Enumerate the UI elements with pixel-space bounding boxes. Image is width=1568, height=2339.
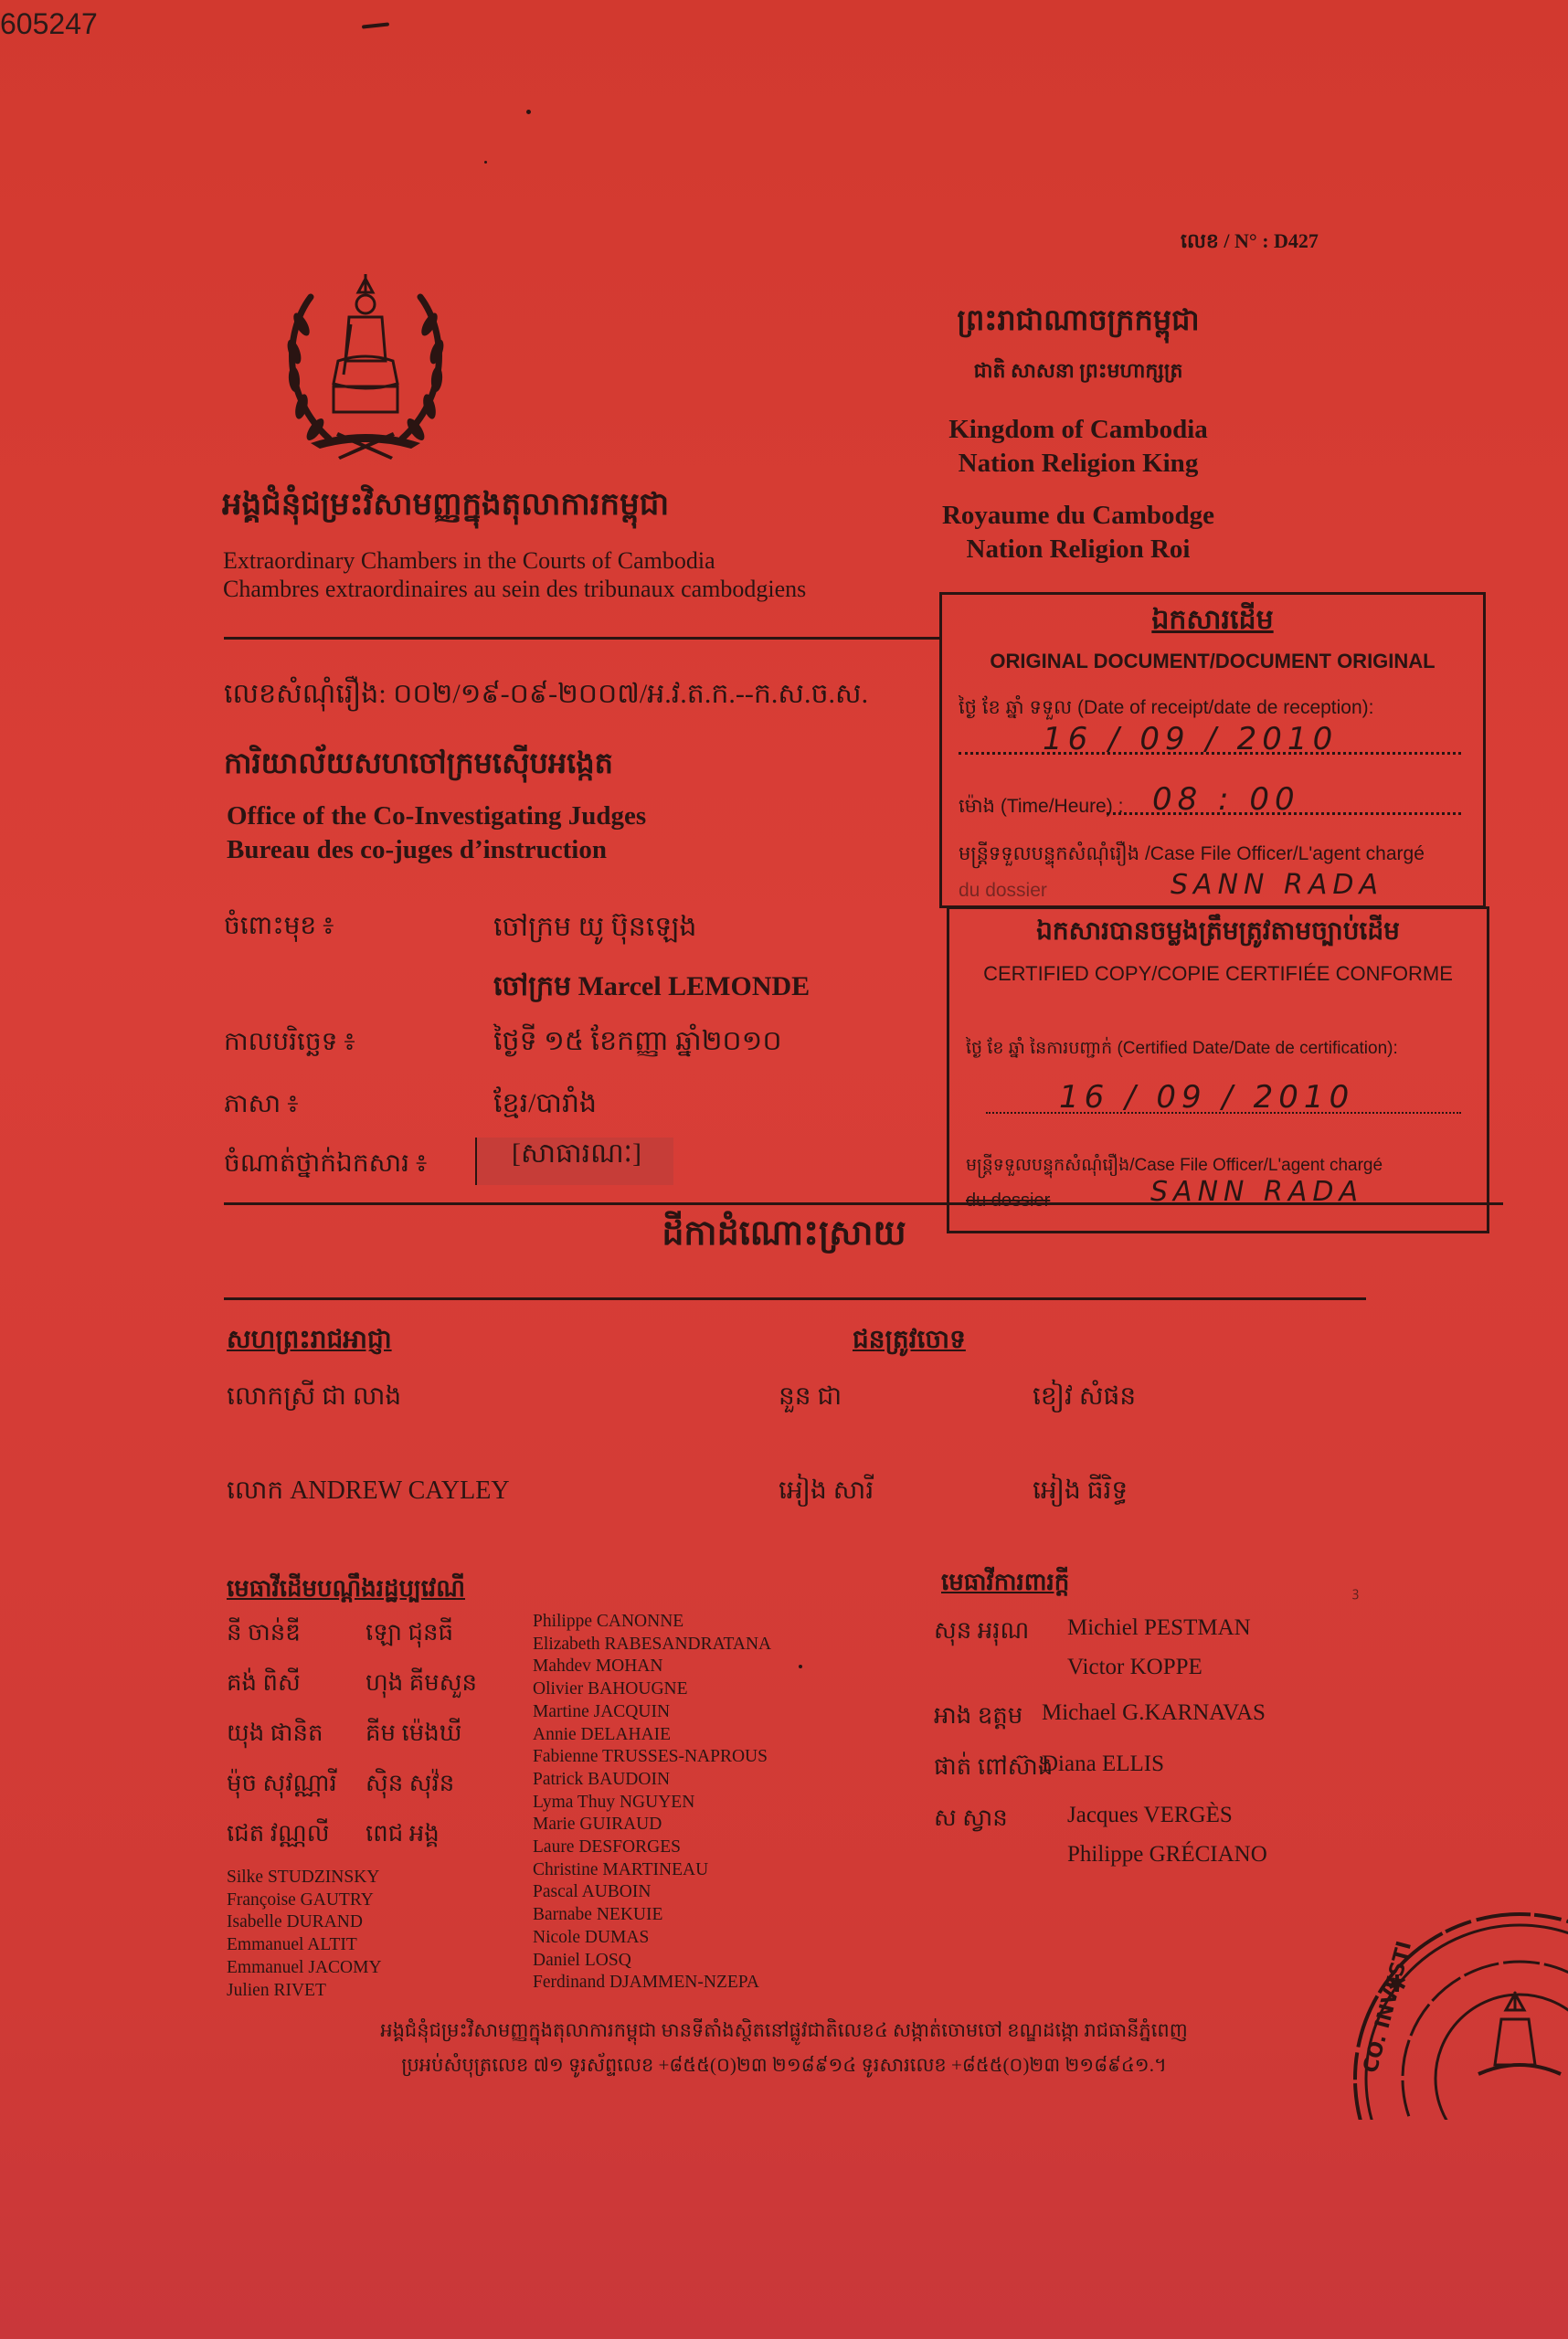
civil-party-lawyer: Emmanuel ALTIT xyxy=(227,1934,382,1957)
stamp-certified-title: CERTIFIED COPY/COPIE CERTIFIÉE CONFORME xyxy=(949,962,1487,986)
co-prosecutor: លោក ANDREW CAYLEY xyxy=(227,1474,510,1511)
civil-party-lawyer: Pascal AUBOIN xyxy=(533,1881,771,1904)
certified-copy-stamp: ឯកសារបានចម្លងត្រឹមត្រូវតាមច្បាប់ដើម CERT… xyxy=(947,906,1489,1233)
office-names: Office of the Co-Investigating Judges Bu… xyxy=(227,799,646,867)
civil-party-lawyer-khmer: ពេជ អង្គ xyxy=(366,1818,440,1853)
civil-party-lawyer: Isabelle DURAND xyxy=(227,1911,382,1934)
before-label: ចំពោះមុខ ៖ xyxy=(224,909,334,947)
kingdom-english-line2: Nation Religion King xyxy=(914,447,1243,481)
before-judge-2: ចៅក្រម Marcel LEMONDE xyxy=(493,968,810,1009)
civil-party-lawyer-khmer: ជេត វណ្ណលី xyxy=(227,1818,330,1853)
document-number: លេខ / N° : D427 xyxy=(1181,228,1319,258)
charged-person: អៀង ធីរិទ្ធ xyxy=(1033,1474,1128,1511)
stamp-original-officer-label: មន្ត្រីទទួលបន្ទុកសំណុំរឿង /Case File Off… xyxy=(959,841,1425,870)
stamp-certified-officer-value: SANN RADA xyxy=(1150,1176,1363,1208)
scan-mark xyxy=(362,22,389,28)
civil-party-lawyers-heading: មេធាវីដើមបណ្តឹងរដ្ឋប្បវេណី xyxy=(227,1573,465,1608)
scan-speck xyxy=(526,110,531,114)
civil-party-lawyer-khmer: គីម ម៉េងឃី xyxy=(366,1718,462,1752)
civil-party-lawyer-khmer: នី ចាន់ឌី xyxy=(227,1617,301,1652)
stamp-original-time-value: 08 : 00 xyxy=(1152,781,1300,818)
office-khmer: ការិយាល័យសហចៅក្រមស៊ើបអង្កេត xyxy=(224,745,613,788)
eccc-emblem-icon xyxy=(274,270,457,461)
stamp-certified-date-value: 16 / 09 / 2010 xyxy=(1059,1079,1354,1116)
civil-party-lawyer: Barnabe NEKUIE xyxy=(533,1904,771,1927)
kingdom-french: Royaume du Cambodge Nation Religion Roi xyxy=(914,499,1243,566)
stamp-original-officer-value: SANN RADA xyxy=(1171,869,1383,901)
institution-khmer: អង្គជំនុំជម្រះវិសាមញ្ញក្នុងតុលាការកម្ពុជ… xyxy=(222,484,669,530)
case-number: លេខសំណុំរឿង: ០០២/១៩-០៩-២០០៧/អ.វ.ត.ក.--ក.… xyxy=(224,676,868,716)
defence-lawyer: Victor KOPPE xyxy=(1067,1655,1202,1680)
charged-person: ខៀវ សំផន xyxy=(1033,1380,1136,1417)
stamp-certified-title-khmer: ឯកសារបានចម្លងត្រឹមត្រូវតាមច្បាប់ដើម xyxy=(949,915,1487,952)
date-label: កាលបរិច្ឆេទ ៖ xyxy=(224,1025,355,1063)
kingdom-motto-khmer: ជាតិ សាសនា ព្រះមហាក្សត្រ xyxy=(914,358,1243,387)
office-french: Bureau des co-juges d’instruction xyxy=(227,833,646,867)
kingdom-french-line2: Nation Religion Roi xyxy=(914,533,1243,566)
charged-person: នួន ជា xyxy=(779,1380,842,1417)
stamp-original-officer-label-2: du dossier xyxy=(959,880,1047,902)
civil-party-lawyers-right-list: Philippe CANONNEElizabeth RABESANDRATANA… xyxy=(533,1611,771,1995)
defence-lawyer-khmer: អាង ឧត្តម xyxy=(934,1700,1022,1735)
institution-names: Extraordinary Chambers in the Courts of … xyxy=(223,546,806,603)
civil-party-lawyer-khmer: យុង ផានិត xyxy=(227,1718,323,1752)
civil-party-lawyer: Nicole DUMAS xyxy=(533,1927,771,1950)
defence-lawyer-khmer: ផាត់ ពៅស៊ាង xyxy=(934,1752,1053,1786)
civil-party-lawyer: Patrick BAUDOIN xyxy=(533,1769,771,1792)
institution-french: Chambres extraordinaires au sein des tri… xyxy=(223,575,806,603)
language-label: ភាសា ៖ xyxy=(224,1087,299,1125)
civil-party-lawyer: Annie DELAHAIE xyxy=(533,1724,771,1747)
civil-party-lawyer-khmer: ម៉ុច សុវណ្ណារី xyxy=(227,1768,337,1803)
kingdom-english: Kingdom of Cambodia Nation Religion King xyxy=(914,413,1243,481)
defence-lawyer-khmer: សុន អរុណ xyxy=(934,1615,1029,1650)
margin-mark: ꝫ xyxy=(1352,1583,1359,1601)
seal-text: CO. INVESTI xyxy=(1360,1939,1416,2076)
civil-party-lawyer: Christine MARTINEAU xyxy=(533,1859,771,1882)
stamp-original-title: ORIGINAL DOCUMENT/DOCUMENT ORIGINAL xyxy=(942,650,1483,673)
defence-lawyer: Diana ELLIS xyxy=(1042,1752,1164,1777)
classification-label: ចំណាត់ថ្នាក់ឯកសារ ៖ xyxy=(224,1147,427,1184)
civil-party-lawyer: Mahdev MOHAN xyxy=(533,1656,771,1678)
civil-party-lawyer: Marie GUIRAUD xyxy=(533,1814,771,1836)
kingdom-french-line1: Royaume du Cambodge xyxy=(914,499,1243,533)
defence-lawyer: Jacques VERGÈS xyxy=(1067,1803,1233,1828)
co-prosecutor: លោកស្រី ជា លាង xyxy=(227,1380,401,1417)
stamp-certified-officer-label-2: du dossier xyxy=(966,1191,1050,1212)
document-title: ដីកាដំណោះស្រាយ xyxy=(0,1211,1568,1262)
stamp-original-date-value: 16 / 09 / 2010 xyxy=(1043,721,1338,757)
civil-party-lawyer: Lyma Thuy NGUYEN xyxy=(533,1792,771,1815)
kingdom-english-line1: Kingdom of Cambodia xyxy=(914,413,1243,447)
civil-party-lawyer: Ferdinand DJAMMEN-NZEPA xyxy=(533,1972,771,1995)
stamp-original-time-label: ម៉ោង (Time/Heure) : xyxy=(959,794,1123,822)
civil-party-lawyer: Martine JACQUIN xyxy=(533,1701,771,1724)
language-value: ខ្មែរ/បារាំង xyxy=(493,1085,597,1126)
header-divider xyxy=(224,637,941,640)
civil-party-lawyer: Françoise GAUTRY xyxy=(227,1889,382,1912)
civil-party-lawyer: Fabienne TRUSSES-NAPROUS xyxy=(533,1746,771,1769)
co-investigating-judges-seal-icon: CO. INVESTI ✱ ✱ xyxy=(1332,1891,1568,2120)
scan-speck xyxy=(484,161,487,164)
civil-party-lawyer-khmer: ស៊ិន សុវ៉ន xyxy=(366,1768,454,1803)
original-document-stamp: ឯកសារដើម ORIGINAL DOCUMENT/DOCUMENT ORIG… xyxy=(939,592,1486,908)
civil-party-lawyer-khmer: ឡោ ជុនធី xyxy=(366,1617,453,1652)
defence-lawyer: Philippe GRÉCIANO xyxy=(1067,1842,1267,1868)
charged-person: អៀង សារី xyxy=(779,1474,874,1511)
civil-party-lawyer: Laure DESFORGES xyxy=(533,1836,771,1859)
stamp-original-date-label: ថ្ងៃ ខែ ឆ្នាំ ទទួល (Date of receipt/date… xyxy=(959,695,1374,724)
civil-party-lawyer: Julien RIVET xyxy=(227,1980,382,2003)
civil-party-lawyer: Emmanuel JACOMY xyxy=(227,1957,382,1980)
charged-persons-heading: ជនត្រូវចោទ xyxy=(853,1323,966,1360)
kingdom-khmer: ព្រះរាជាណាចក្រកម្ពុជា xyxy=(914,302,1243,344)
civil-party-lawyers-left-list: Silke STUDZINSKYFrançoise GAUTRYIsabelle… xyxy=(227,1867,382,2002)
date-value: ថ្ងៃទី ១៥ ខែកញ្ញា ឆ្នាំ២០១០ xyxy=(493,1023,782,1064)
civil-party-lawyer-khmer: ហុង គីមសួន xyxy=(366,1667,477,1702)
before-judge-1: ចៅក្រម យូ ប៊ុនឡេង xyxy=(493,909,696,949)
office-english: Office of the Co-Investigating Judges xyxy=(227,799,646,833)
title-bottom-divider xyxy=(224,1297,1366,1300)
civil-party-lawyer: Philippe CANONNE xyxy=(533,1611,771,1634)
defence-lawyer-khmer: ស ស្វាន xyxy=(934,1803,1008,1837)
scan-speck xyxy=(799,1665,802,1668)
civil-party-lawyer: Daniel LOSQ xyxy=(533,1950,771,1973)
co-prosecutors-heading: សហព្រះរាជអាជ្ញា xyxy=(227,1323,392,1360)
co-prosecutor-name: លោក ANDREW CAYLEY xyxy=(227,1476,510,1505)
page-id: 605247 xyxy=(0,7,98,41)
defence-lawyers-heading: មេធាវីការពារក្តី xyxy=(941,1567,1069,1602)
svg-text:✱: ✱ xyxy=(1387,1971,1407,1998)
civil-party-lawyer-khmer: គង់ ពិសី xyxy=(227,1667,301,1702)
classification-value: [សាធារណៈ] xyxy=(512,1136,641,1176)
stamp-original-title-khmer: ឯកសារដើម xyxy=(942,602,1483,642)
defence-lawyer: Michael G.KARNAVAS xyxy=(1042,1700,1266,1726)
defence-lawyer: Michiel PESTMAN xyxy=(1067,1615,1251,1641)
institution-english: Extraordinary Chambers in the Courts of … xyxy=(223,546,806,575)
civil-party-lawyer: Elizabeth RABESANDRATANA xyxy=(533,1634,771,1656)
civil-party-lawyer: Olivier BAHOUGNE xyxy=(533,1678,771,1701)
stamp-certified-date-label: ថ្ងៃ ខែ ឆ្នាំ នៃការបញ្ជាក់ (Certified Da… xyxy=(966,1037,1398,1063)
civil-party-lawyer: Silke STUDZINSKY xyxy=(227,1867,382,1889)
